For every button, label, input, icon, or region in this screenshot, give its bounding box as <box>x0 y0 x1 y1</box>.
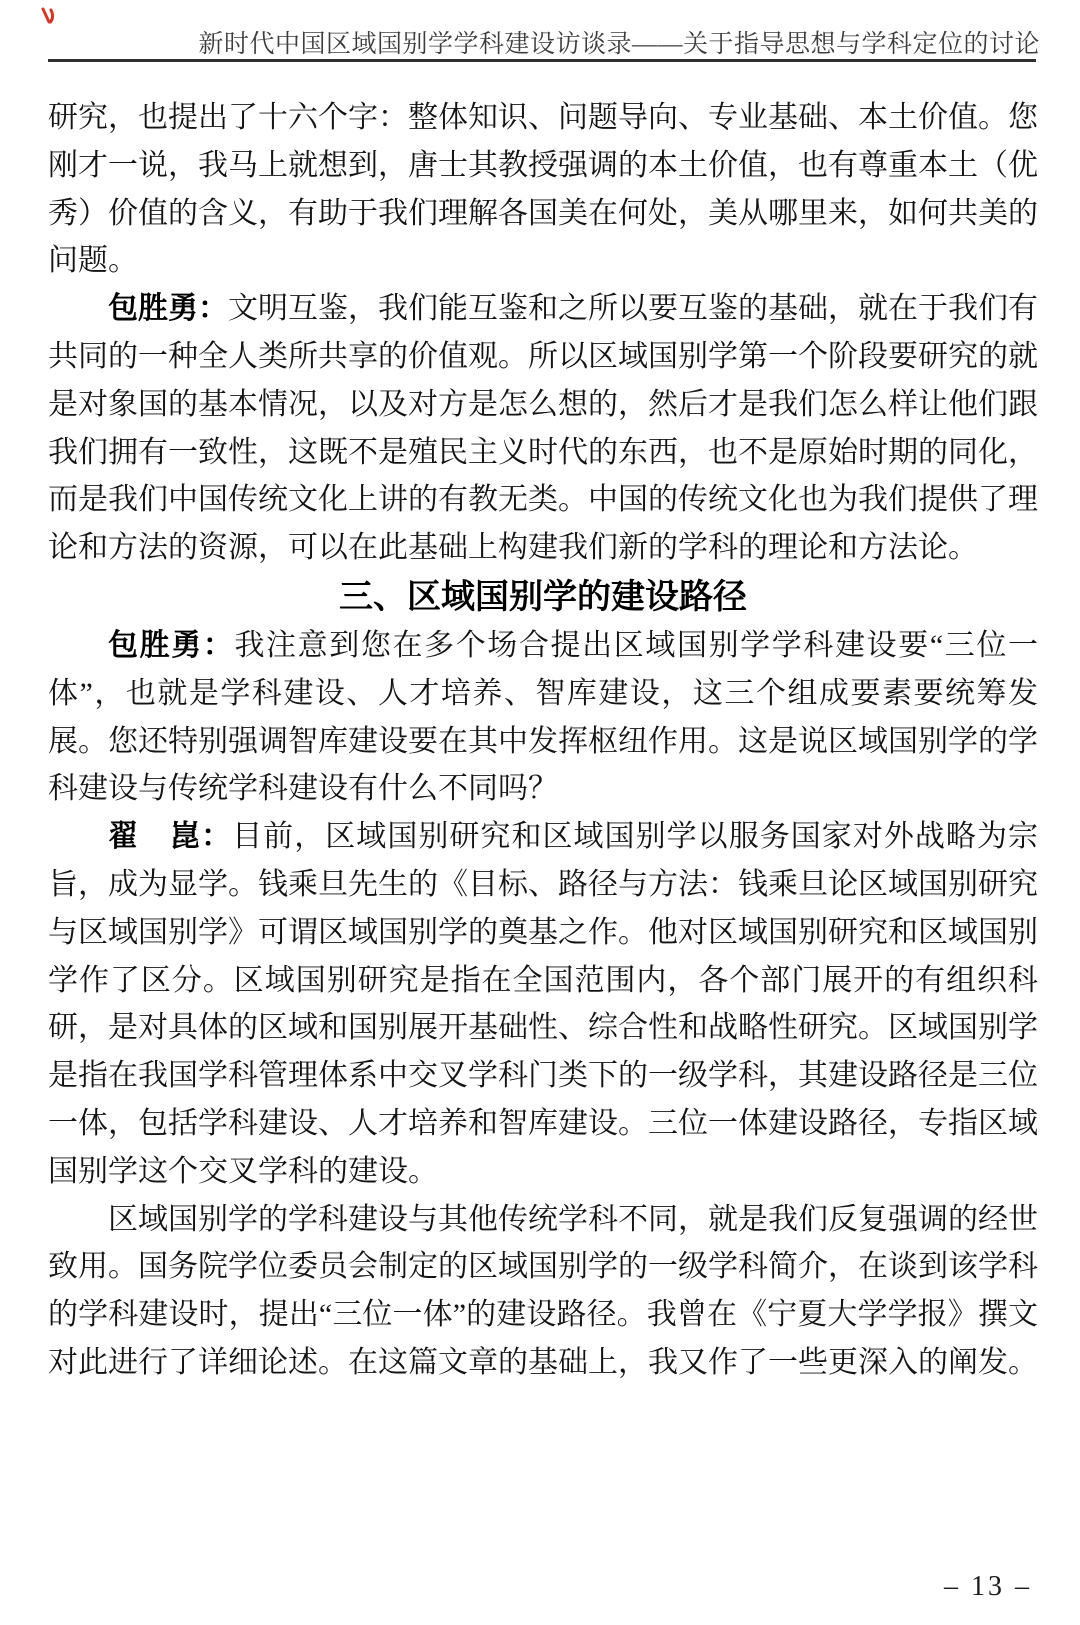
speaker-name: 翟 崑： <box>108 820 232 853</box>
speaker-name: 包胜勇： <box>108 292 228 325</box>
section-heading: 三、区域国别学的建设路径 <box>48 572 1038 622</box>
page-number: – 13 – <box>944 1571 1032 1603</box>
article-body: 研究，也提出了十六个字：整体知识、问题导向、专业基础、本土价值。您刚才一说，我马… <box>48 94 1038 1387</box>
paragraph-text: 区域国别学的学科建设与其他传统学科不同，就是我们反复强调的经世致用。国务院学位委… <box>48 1203 1038 1379</box>
paragraph-text: 研究，也提出了十六个字：整体知识、问题导向、专业基础、本土价值。您刚才一说，我马… <box>48 101 1038 277</box>
paragraph: 包胜勇：我注意到您在多个场合提出区域国别学学科建设要“三位一体”，也就是学科建设… <box>48 622 1038 813</box>
red-brush-mark-icon <box>38 6 58 26</box>
header-rule <box>48 59 1036 62</box>
paragraph-text: 文明互鉴，我们能互鉴和之所以要互鉴的基础，就在于我们有共同的一种全人类所共享的价… <box>48 292 1038 564</box>
speaker-name: 包胜勇： <box>108 629 234 662</box>
running-header: 新时代中国区域国别学学科建设访谈录——关于指导思想与学科定位的讨论 <box>198 24 1040 60</box>
paragraph-text: 目前，区域国别研究和区域国别学以服务国家对外战略为宗旨，成为显学。钱乘旦先生的《… <box>48 820 1038 1188</box>
paragraph: 翟 崑：目前，区域国别研究和区域国别学以服务国家对外战略为宗旨，成为显学。钱乘旦… <box>48 813 1038 1195</box>
paragraph: 包胜勇：文明互鉴，我们能互鉴和之所以要互鉴的基础，就在于我们有共同的一种全人类所… <box>48 285 1038 572</box>
paragraph: 区域国别学的学科建设与其他传统学科不同，就是我们反复强调的经世致用。国务院学位委… <box>48 1196 1038 1387</box>
paragraph: 研究，也提出了十六个字：整体知识、问题导向、专业基础、本土价值。您刚才一说，我马… <box>48 94 1038 285</box>
document-page: 新时代中国区域国别学学科建设访谈录——关于指导思想与学科定位的讨论 研究，也提出… <box>0 0 1080 1625</box>
